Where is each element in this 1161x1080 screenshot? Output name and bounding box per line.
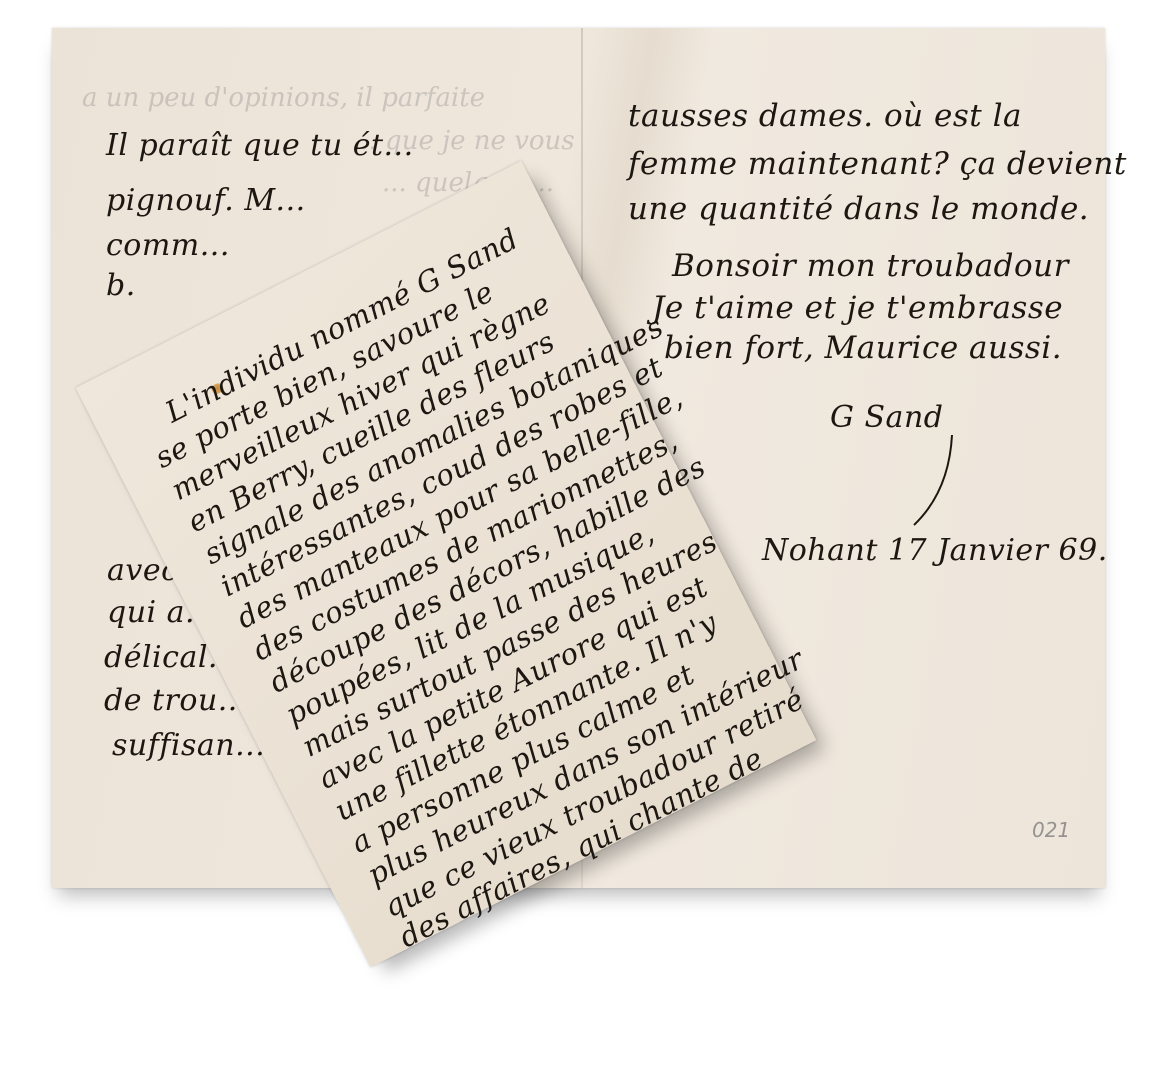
right-page-line: Bonsoir mon troubadour	[672, 248, 1069, 284]
left-page-line: de trou...	[104, 683, 248, 718]
right-page-line: bien fort, Maurice aussi.	[664, 330, 1062, 366]
right-page-line: femme maintenant? ça devient	[628, 146, 1127, 182]
showthrough-line: a un peu d'opinions, il parfaite	[82, 83, 485, 113]
left-page-line: comm...	[106, 228, 230, 263]
left-page-line: b.	[106, 268, 136, 303]
left-page-line: pignouf. M...	[106, 183, 306, 218]
left-page-line: suffisan...	[112, 728, 265, 763]
right-page-line: Je t'aime et je t'embrasse	[652, 290, 1063, 326]
left-page-line: Il paraît que tu ét...	[106, 128, 414, 163]
signature-flourish-icon	[912, 433, 962, 528]
pencil-number: 021	[1032, 818, 1070, 842]
signature: G Sand	[830, 400, 943, 435]
right-page-line: une quantité dans le monde.	[628, 191, 1089, 227]
right-page-line: tausses dames. où est la	[628, 98, 1022, 134]
dateline: Nohant 17 Janvier 69.	[762, 533, 1108, 568]
